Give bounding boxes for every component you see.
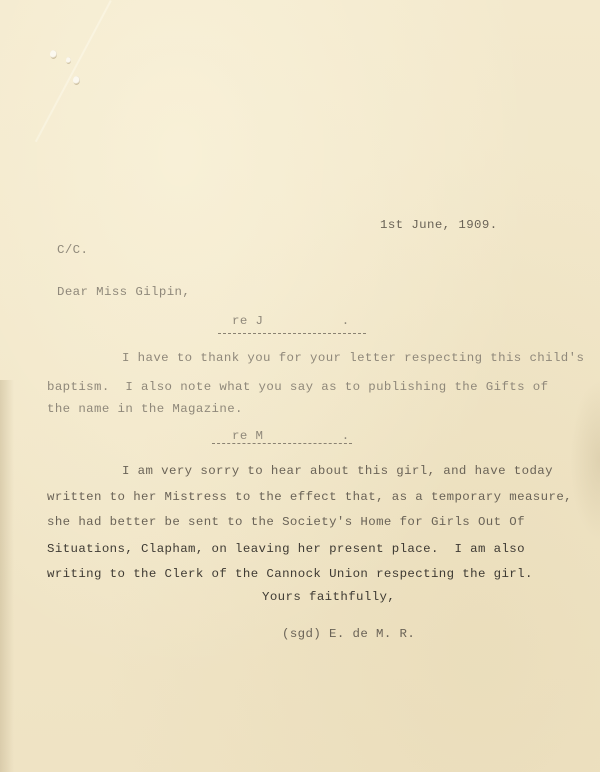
closing: Yours faithfully, bbox=[262, 591, 395, 603]
section-2-underline bbox=[212, 443, 352, 444]
section-2-line: written to her Mistress to the effect th… bbox=[47, 491, 572, 503]
letter-page: 1st June, 1909. C/C. Dear Miss Gilpin, r… bbox=[0, 0, 600, 772]
paper-crease bbox=[35, 0, 112, 142]
punch-hole-mark bbox=[73, 76, 80, 85]
section-2-line: she had better be sent to the Society's … bbox=[47, 516, 525, 528]
section-1-line: I have to thank you for your letter resp… bbox=[122, 352, 584, 364]
paper-crease bbox=[570, 380, 600, 540]
punch-hole-mark bbox=[50, 50, 57, 59]
punch-hole-mark bbox=[66, 57, 71, 64]
section-2-heading: re M . bbox=[232, 430, 350, 442]
section-1-line: the name in the Magazine. bbox=[47, 403, 243, 415]
paper-crease bbox=[0, 380, 14, 772]
section-1-underline bbox=[218, 333, 366, 334]
section-2-line: writing to the Clerk of the Cannock Unio… bbox=[47, 568, 533, 580]
signature: (sgd) E. de M. R. bbox=[282, 628, 415, 640]
section-2-line: I am very sorry to hear about this girl,… bbox=[122, 465, 553, 477]
section-1-line: baptism. I also note what you say as to … bbox=[47, 381, 548, 393]
copy-marker: C/C. bbox=[57, 244, 88, 256]
letter-date: 1st June, 1909. bbox=[380, 219, 498, 231]
section-1-heading: re J . bbox=[232, 315, 350, 327]
salutation: Dear Miss Gilpin, bbox=[57, 286, 190, 298]
section-2-line: Situations, Clapham, on leaving her pres… bbox=[47, 543, 525, 555]
